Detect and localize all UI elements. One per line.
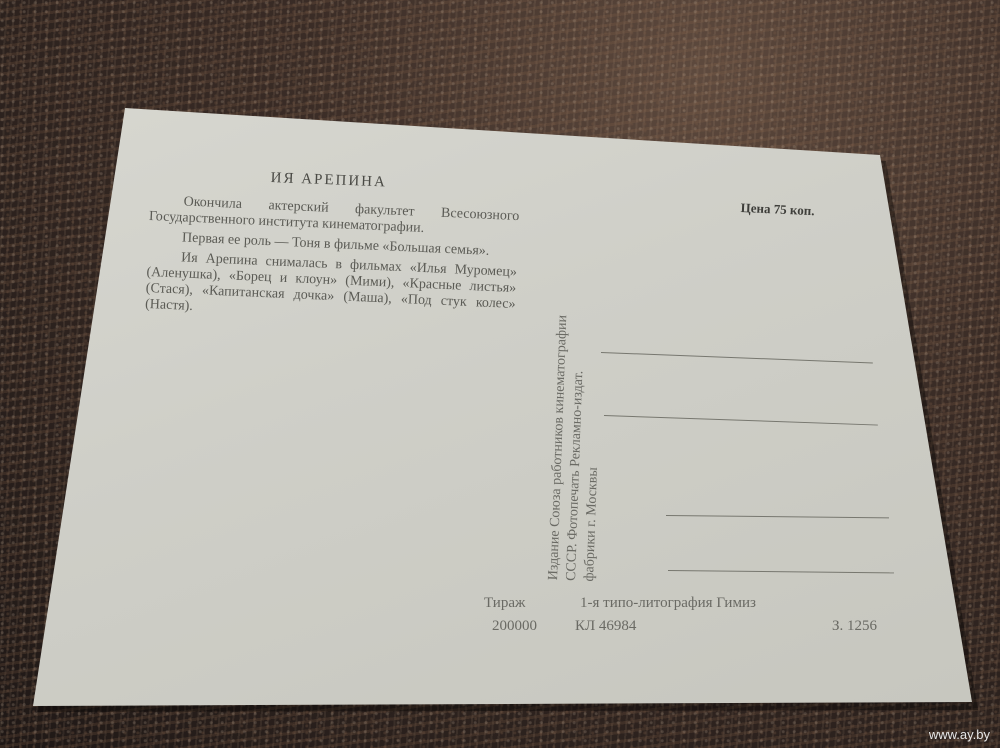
order-number: З. 1256 — [832, 618, 877, 635]
site-watermark: www.ay.by — [929, 727, 990, 742]
biography-text: Окончила актерский факуль­тет Всесоюзног… — [145, 193, 520, 333]
printer-name: 1-я типо-литография Гимиз — [580, 595, 756, 612]
price-label: Цена 75 коп. — [740, 200, 815, 219]
catalog-code: КЛ 46984 — [575, 618, 636, 635]
print-run-value: 200000 — [492, 618, 537, 635]
print-run-label: Тираж — [484, 595, 525, 612]
bio-paragraph-filmography: Ия Арепина снималась в филь­мах «Илья Му… — [145, 249, 517, 329]
